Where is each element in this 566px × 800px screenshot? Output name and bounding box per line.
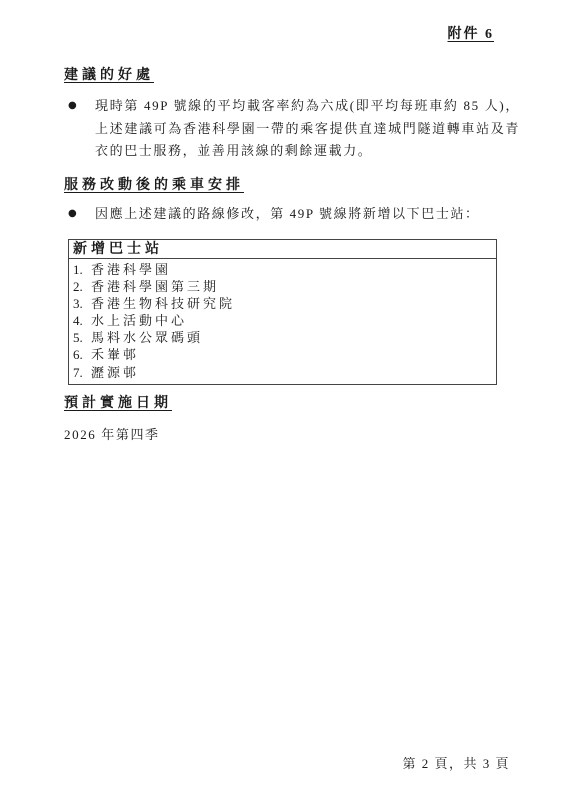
stop-name: 馬料水公眾碼頭: [91, 329, 496, 346]
table-row: 2. 香港科學園第三期: [69, 278, 496, 295]
implementation-date: 2026 年第四季: [64, 424, 160, 443]
row-number: 7.: [69, 364, 91, 381]
table-row: 4. 水上活動中心: [69, 312, 496, 329]
stop-name: 香港科學園: [91, 261, 496, 278]
stop-name: 瀝源邨: [91, 364, 496, 381]
stop-name: 香港生物科技研究院: [91, 295, 496, 312]
annex-label: 附件 6: [448, 23, 495, 43]
stop-name: 香港科學園第三期: [91, 278, 496, 295]
stop-name: 禾輋邨: [91, 346, 496, 363]
table-header: 新增巴士站: [69, 240, 496, 259]
section-heading-benefits: 建議的好處: [64, 64, 154, 84]
row-number: 5.: [69, 329, 91, 346]
row-number: 3.: [69, 295, 91, 312]
stop-name: 水上活動中心: [91, 312, 496, 329]
row-number: 1.: [69, 261, 91, 278]
service-change-paragraph: 因應上述建議的路線修改，第 49P 號線將新增以下巴士站：: [95, 203, 520, 226]
row-number: 4.: [69, 312, 91, 329]
bullet-icon: ●: [68, 203, 95, 226]
section-heading-service-change: 服務改動後的乘車安排: [64, 174, 244, 194]
table-row: 1. 香港科學園: [69, 261, 496, 278]
document-page: 附件 6 建議的好處 ● 現時第 49P 號線的平均載客率約為六成(即平均每班車…: [0, 0, 566, 800]
table-row: 3. 香港生物科技研究院: [69, 295, 496, 312]
service-change-bullet-item: ● 因應上述建議的路線修改，第 49P 號線將新增以下巴士站：: [68, 203, 520, 226]
benefits-paragraph: 現時第 49P 號線的平均載客率約為六成(即平均每班車約 85 人)，上述建議可…: [95, 95, 520, 163]
row-number: 2.: [69, 278, 91, 295]
section-heading-implementation: 預計實施日期: [64, 392, 172, 412]
table-row: 5. 馬料水公眾碼頭: [69, 329, 496, 346]
new-stops-table: 新增巴士站 1. 香港科學園 2. 香港科學園第三期 3. 香港生物科技研究院 …: [68, 239, 497, 385]
row-number: 6.: [69, 346, 91, 363]
table-row: 7. 瀝源邨: [69, 364, 496, 381]
bullet-icon: ●: [68, 95, 95, 118]
benefits-bullet-item: ● 現時第 49P 號線的平均載客率約為六成(即平均每班車約 85 人)，上述建…: [68, 95, 520, 163]
page-number-indicator: 第 2 頁，共 3 頁: [402, 753, 510, 772]
table-row: 6. 禾輋邨: [69, 346, 496, 363]
table-body: 1. 香港科學園 2. 香港科學園第三期 3. 香港生物科技研究院 4. 水上活…: [69, 259, 496, 384]
